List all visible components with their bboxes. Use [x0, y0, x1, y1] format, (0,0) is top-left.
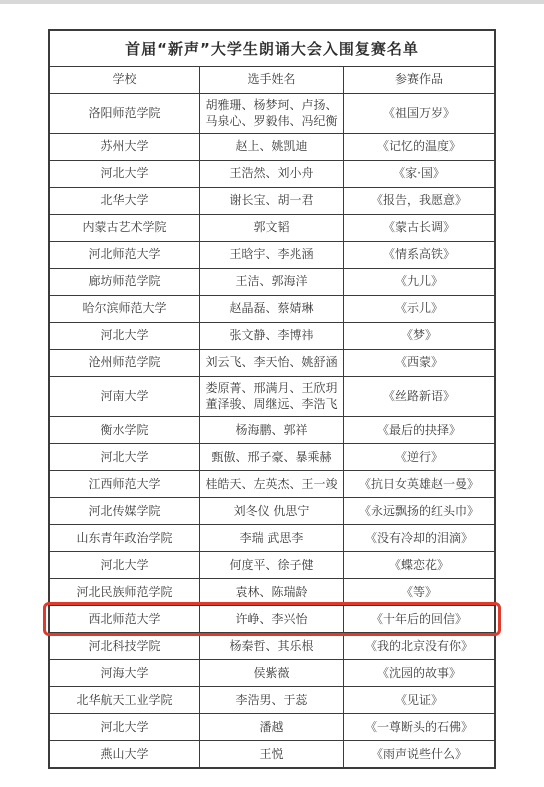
- school-cell: 燕山大学: [50, 741, 200, 767]
- names-cell: 胡雅珊、杨梦珂、卢扬、 马泉心、罗毅伟、冯纪衡: [200, 94, 344, 133]
- names-cell: 李瑞 武思李: [200, 525, 344, 551]
- column-header-names: 选手姓名: [200, 67, 344, 93]
- work-cell: 《沈园的故事》: [344, 660, 494, 686]
- work-cell: 《雨声说些什么》: [344, 741, 494, 767]
- table-row: 河北科技学院 杨秦哲、其乐根 《我的北京没有你》: [50, 633, 494, 660]
- names-cell: 许峥、李兴怡: [200, 606, 344, 632]
- work-cell: 《报告，我愿意》: [344, 188, 494, 214]
- work-cell: 《见证》: [344, 687, 494, 713]
- school-cell: 河北民族师范学院: [50, 579, 200, 605]
- table-row: 河南大学 娄原菁、邢满月、王欣玥 董泽骏、周继远、李浩飞 《丝路新语》: [50, 377, 494, 417]
- work-cell: 《示儿》: [344, 296, 494, 322]
- work-cell: 《逆行》: [344, 444, 494, 470]
- names-cell: 赵上、姚凯迪: [200, 134, 344, 160]
- table-row: 沧州师范学院 刘云飞、李天怡、姚舒涵 《西蒙》: [50, 350, 494, 377]
- school-cell: 河北大学: [50, 323, 200, 349]
- work-cell: 《蝶恋花》: [344, 552, 494, 578]
- school-cell: 河北大学: [50, 552, 200, 578]
- page-top-strip: [0, 0, 544, 4]
- work-cell: 《情系高铁》: [344, 242, 494, 268]
- column-header-school: 学校: [50, 67, 200, 93]
- work-cell: 《祖国万岁》: [344, 94, 494, 133]
- table-row: 哈尔滨师范大学 赵晶磊、蔡婧琳 《示儿》: [50, 296, 494, 323]
- school-cell: 衡水学院: [50, 417, 200, 443]
- school-cell: 山东青年政治学院: [50, 525, 200, 551]
- school-cell: 河北传媒学院: [50, 498, 200, 524]
- names-cell: 李浩男、于蕊: [200, 687, 344, 713]
- school-cell: 河北科技学院: [50, 633, 200, 659]
- table-row: 河北民族师范学院 袁林、陈瑞龄 《等》: [50, 579, 494, 606]
- table-row: 河海大学 侯紫薇 《沈园的故事》: [50, 660, 494, 687]
- school-cell: 北华大学: [50, 188, 200, 214]
- work-cell: 《没有冷却的泪滴》: [344, 525, 494, 551]
- names-cell: 袁林、陈瑞龄: [200, 579, 344, 605]
- table-row: 西北师范大学 许峥、李兴怡 《十年后的回信》: [50, 606, 494, 633]
- names-cell: 谢长宝、胡一君: [200, 188, 344, 214]
- names-cell: 张文静、李博祎: [200, 323, 344, 349]
- school-cell: 河北大学: [50, 444, 200, 470]
- names-cell: 刘云飞、李天怡、姚舒涵: [200, 350, 344, 376]
- table-row: 内蒙古艺术学院 郭文韬 《蒙古长调》: [50, 215, 494, 242]
- names-cell: 杨秦哲、其乐根: [200, 633, 344, 659]
- names-cell: 王悦: [200, 741, 344, 767]
- work-cell: 《梦》: [344, 323, 494, 349]
- table-body: 洛阳师范学院 胡雅珊、杨梦珂、卢扬、 马泉心、罗毅伟、冯纪衡 《祖国万岁》 苏州…: [50, 94, 494, 767]
- school-cell: 河北师范大学: [50, 242, 200, 268]
- school-cell: 廊坊师范学院: [50, 269, 200, 295]
- shortlist-table: 首届“新声”大学生朗诵大会入围复赛名单 学校 选手姓名 参赛作品 洛阳师范学院 …: [48, 29, 496, 769]
- names-cell: 甄傲、邢子豪、暴乘赫: [200, 444, 344, 470]
- work-cell: 《记忆的温度》: [344, 134, 494, 160]
- school-cell: 河南大学: [50, 377, 200, 416]
- table-row: 廊坊师范学院 王洁、郭海洋 《九儿》: [50, 269, 494, 296]
- table-row: 河北大学 张文静、李博祎 《梦》: [50, 323, 494, 350]
- table-row: 江西师范大学 桂皓天、左英杰、王一竣 《抗日女英雄赵一曼》: [50, 471, 494, 498]
- names-cell: 侯紫薇: [200, 660, 344, 686]
- table-row: 北华航天工业学院 李浩男、于蕊 《见证》: [50, 687, 494, 714]
- names-cell: 何度平、徐子健: [200, 552, 344, 578]
- school-cell: 沧州师范学院: [50, 350, 200, 376]
- work-cell: 《我的北京没有你》: [344, 633, 494, 659]
- work-cell: 《家·国》: [344, 161, 494, 187]
- work-cell: 《蒙古长调》: [344, 215, 494, 241]
- table-row: 衡水学院 杨海鹏、郭祥 《最后的抉择》: [50, 417, 494, 444]
- school-cell: 洛阳师范学院: [50, 94, 200, 133]
- table-row: 河北大学 何度平、徐子健 《蝶恋花》: [50, 552, 494, 579]
- work-cell: 《抗日女英雄赵一曼》: [344, 471, 494, 497]
- table-row: 山东青年政治学院 李瑞 武思李 《没有冷却的泪滴》: [50, 525, 494, 552]
- table-row: 河北师范大学 王晗宇、李兆涵 《情系高铁》: [50, 242, 494, 269]
- work-cell: 《永远飘扬的红头巾》: [344, 498, 494, 524]
- names-cell: 王洁、郭海洋: [200, 269, 344, 295]
- names-cell: 娄原菁、邢满月、王欣玥 董泽骏、周继远、李浩飞: [200, 377, 344, 416]
- table-row: 燕山大学 王悦 《雨声说些什么》: [50, 741, 494, 767]
- school-cell: 内蒙古艺术学院: [50, 215, 200, 241]
- names-cell: 桂皓天、左英杰、王一竣: [200, 471, 344, 497]
- names-cell: 王浩然、刘小舟: [200, 161, 344, 187]
- work-cell: 《十年后的回信》: [344, 606, 494, 632]
- school-cell: 北华航天工业学院: [50, 687, 200, 713]
- table-header-row: 学校 选手姓名 参赛作品: [50, 67, 494, 94]
- column-header-work: 参赛作品: [344, 67, 494, 93]
- names-cell: 赵晶磊、蔡婧琳: [200, 296, 344, 322]
- table-row: 河北大学 甄傲、邢子豪、暴乘赫 《逆行》: [50, 444, 494, 471]
- page-title: 首届“新声”大学生朗诵大会入围复赛名单: [50, 31, 494, 67]
- names-cell: 郭文韬: [200, 215, 344, 241]
- names-cell: 王晗宇、李兆涵: [200, 242, 344, 268]
- school-cell: 西北师范大学: [50, 606, 200, 632]
- school-cell: 河北大学: [50, 161, 200, 187]
- work-cell: 《最后的抉择》: [344, 417, 494, 443]
- school-cell: 苏州大学: [50, 134, 200, 160]
- table-row: 苏州大学 赵上、姚凯迪 《记忆的温度》: [50, 134, 494, 161]
- table-row: 北华大学 谢长宝、胡一君 《报告，我愿意》: [50, 188, 494, 215]
- school-cell: 河北大学: [50, 714, 200, 740]
- work-cell: 《丝路新语》: [344, 377, 494, 416]
- work-cell: 《一尊断头的石佛》: [344, 714, 494, 740]
- work-cell: 《西蒙》: [344, 350, 494, 376]
- school-cell: 哈尔滨师范大学: [50, 296, 200, 322]
- names-cell: 潘越: [200, 714, 344, 740]
- work-cell: 《九儿》: [344, 269, 494, 295]
- school-cell: 江西师范大学: [50, 471, 200, 497]
- names-cell: 刘冬仪 仇思宁: [200, 498, 344, 524]
- work-cell: 《等》: [344, 579, 494, 605]
- school-cell: 河海大学: [50, 660, 200, 686]
- table-row: 河北大学 王浩然、刘小舟 《家·国》: [50, 161, 494, 188]
- names-cell: 杨海鹏、郭祥: [200, 417, 344, 443]
- table-row: 河北大学 潘越 《一尊断头的石佛》: [50, 714, 494, 741]
- table-row: 河北传媒学院 刘冬仪 仇思宁 《永远飘扬的红头巾》: [50, 498, 494, 525]
- table-row: 洛阳师范学院 胡雅珊、杨梦珂、卢扬、 马泉心、罗毅伟、冯纪衡 《祖国万岁》: [50, 94, 494, 134]
